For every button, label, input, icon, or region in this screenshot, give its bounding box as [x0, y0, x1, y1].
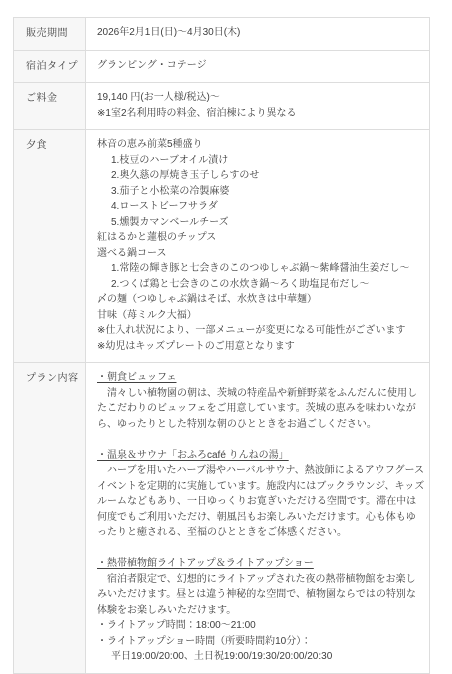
- row-label: 宿泊タイプ: [14, 50, 86, 83]
- content-line: 1.枝豆のハーブオイル漬け: [97, 153, 425, 169]
- content-line: ・ライトアップ時間：18:00〜21:00: [97, 618, 425, 634]
- row-content: 2026年2月1日(日)〜4月30日(木): [86, 18, 430, 51]
- plan-table-body: 販売期間2026年2月1日(日)〜4月30日(木)宿泊タイプグランピング・コテー…: [14, 18, 430, 674]
- table-row: 夕食林音の恵み前菜5種盛り1.枝豆のハーブオイル漬け2.奥久慈の厚焼き玉子しらす…: [14, 130, 430, 363]
- paragraph-text: ハーブを用いたハーブ湯やハーバルサウナ、熱波師によるアウフグースイベントを定期的…: [97, 463, 425, 541]
- table-row: ご料金19,140 円(お一人様/税込)〜※1室2名利用時の料金、宿泊棟により異…: [14, 83, 430, 130]
- content-line: 5.燻製カマンベールチーズ: [97, 215, 425, 231]
- content-line: 〆の麺（つゆしゃぶ鍋はそば、水炊きは中華麺）: [97, 292, 425, 308]
- row-label: プラン内容: [14, 363, 86, 674]
- content-line: グランピング・コテージ: [97, 58, 425, 74]
- paragraph-text: 宿泊者限定で、幻想的にライトアップされた夜の熱帯植物館をお楽しみいただけます。昼…: [97, 572, 425, 619]
- content-line: 3.茄子と小松菜の冷製麻婆: [97, 184, 425, 200]
- section-heading: ・朝食ビュッフェ: [97, 370, 425, 386]
- content-line: 19,140 円(お一人様/税込)〜: [97, 90, 425, 106]
- content-line: 甘味（苺ミルク大福）: [97, 308, 425, 324]
- row-content: 19,140 円(お一人様/税込)〜※1室2名利用時の料金、宿泊棟により異なる: [86, 83, 430, 130]
- content-line: ※幼児はキッズプレートのご用意となります: [97, 339, 425, 355]
- content-line: 2.つくば鶏と七会きのこの水炊き鍋〜ろく助塩昆布だし〜: [97, 277, 425, 293]
- content-line: 1.常陸の輝き豚と七会きのこのつゆしゃぶ鍋〜紫峰醤油生姜だし〜: [97, 261, 425, 277]
- table-row: 宿泊タイプグランピング・コテージ: [14, 50, 430, 83]
- table-row: 販売期間2026年2月1日(日)〜4月30日(木): [14, 18, 430, 51]
- content-line: 平日19:00/20:00、土日祝19:00/19:30/20:00/20:30: [97, 649, 425, 665]
- table-row: プラン内容・朝食ビュッフェ清々しい植物園の朝は、茨城の特産品や新鮮野菜をふんだん…: [14, 363, 430, 674]
- content-line: ※仕入れ状況により、一部メニューが変更になる可能性がございます: [97, 323, 425, 339]
- row-label: ご料金: [14, 83, 86, 130]
- paragraph-text: 清々しい植物園の朝は、茨城の特産品や新鮮野菜をふんだんに使用したこだわりのビュッ…: [97, 386, 425, 433]
- row-content: 林音の恵み前菜5種盛り1.枝豆のハーブオイル漬け2.奥久慈の厚焼き玉子しらすのせ…: [86, 130, 430, 363]
- content-line: 紅はるかと蓮根のチップス: [97, 230, 425, 246]
- content-line: ・ライトアップショー時間（所要時間約10分）：: [97, 634, 425, 650]
- content-line: 林音の恵み前菜5種盛り: [97, 137, 425, 153]
- content-line: ※1室2名利用時の料金、宿泊棟により異なる: [97, 106, 425, 122]
- blank-spacer: [97, 541, 425, 557]
- row-label: 夕食: [14, 130, 86, 363]
- section-heading: ・熱帯植物館ライトアップ＆ライトアップショー: [97, 556, 425, 572]
- row-content: ・朝食ビュッフェ清々しい植物園の朝は、茨城の特産品や新鮮野菜をふんだんに使用した…: [86, 363, 430, 674]
- plan-detail-page: 販売期間2026年2月1日(日)〜4月30日(木)宿泊タイプグランピング・コテー…: [0, 17, 452, 674]
- section-heading: ・温泉＆サウナ「おふろcafé りんねの湯」: [97, 448, 425, 464]
- blank-spacer: [97, 432, 425, 448]
- content-line: 選べる鍋コース: [97, 246, 425, 262]
- plan-table: 販売期間2026年2月1日(日)〜4月30日(木)宿泊タイプグランピング・コテー…: [13, 17, 430, 674]
- row-label: 販売期間: [14, 18, 86, 51]
- content-line: 2.奥久慈の厚焼き玉子しらすのせ: [97, 168, 425, 184]
- content-line: 2026年2月1日(日)〜4月30日(木): [97, 25, 425, 41]
- content-line: 4.ローストビーフサラダ: [97, 199, 425, 215]
- row-content: グランピング・コテージ: [86, 50, 430, 83]
